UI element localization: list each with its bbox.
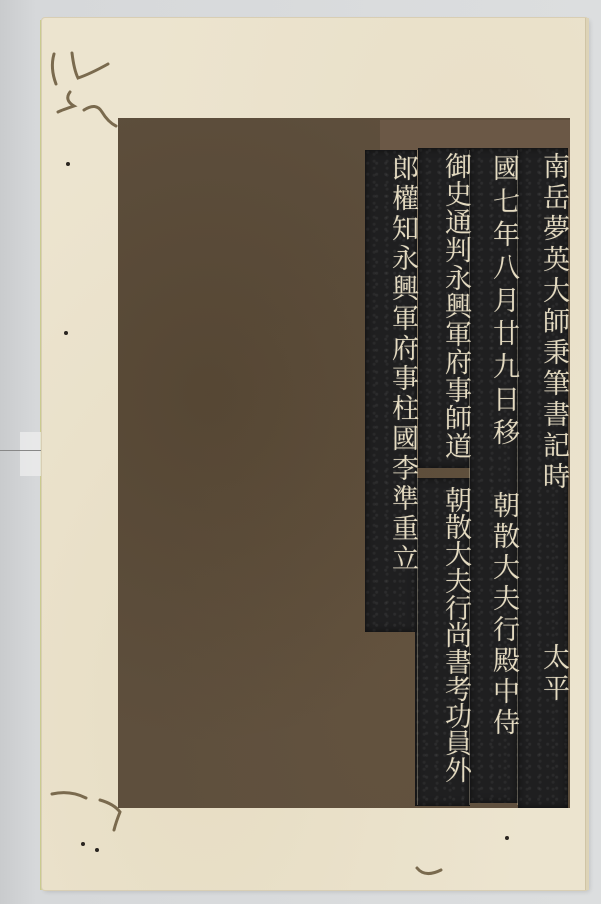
- tab-line: [0, 450, 42, 451]
- inscription-col2-upper: 國七年八月廿九日移: [470, 154, 518, 451]
- inscription-col2-lower: 朝散大夫行殿中侍: [470, 491, 518, 739]
- inscription-col3-upper: 御史通判永興軍府事師道: [418, 152, 470, 460]
- rubbing-strip-col3-upper: 御史通判永興軍府事師道: [418, 148, 470, 468]
- inscription-col1-lower: 太平: [518, 643, 568, 705]
- column-rule: [517, 150, 518, 805]
- inscription-col1-upper: 南岳夢英大師秉筆書記時: [518, 152, 568, 493]
- rubbing-strip-col4: 郎權知永興軍府事柱國李準重立: [365, 150, 417, 632]
- page-fore-edge: [585, 18, 589, 890]
- column-rule: [417, 150, 418, 805]
- wormhole-trail-bottom: [415, 862, 445, 882]
- wormhole-dot: [64, 331, 68, 335]
- wormhole-trail-top-left: [48, 50, 118, 135]
- wormhole-dot: [505, 836, 509, 840]
- wormhole-dot: [66, 162, 70, 166]
- wormhole-dot: [95, 848, 99, 852]
- rubbing-strip-col3-lower: 朝散大夫行尚書考功員外: [415, 478, 470, 806]
- wormhole-dot: [81, 842, 85, 846]
- rubbing-strip-col1: 南岳夢英大師秉筆書記時 太平: [518, 148, 568, 808]
- page-tab: [20, 432, 42, 476]
- column-rule: [469, 150, 470, 805]
- rubbing-strip-col2: 國七年八月廿九日移 朝散大夫行殿中侍: [470, 148, 518, 803]
- inscription-col4: 郎權知永興軍府事柱國李準重立: [365, 154, 417, 574]
- inscription-col3-lower: 朝散大夫行尚書考功員外: [415, 486, 470, 783]
